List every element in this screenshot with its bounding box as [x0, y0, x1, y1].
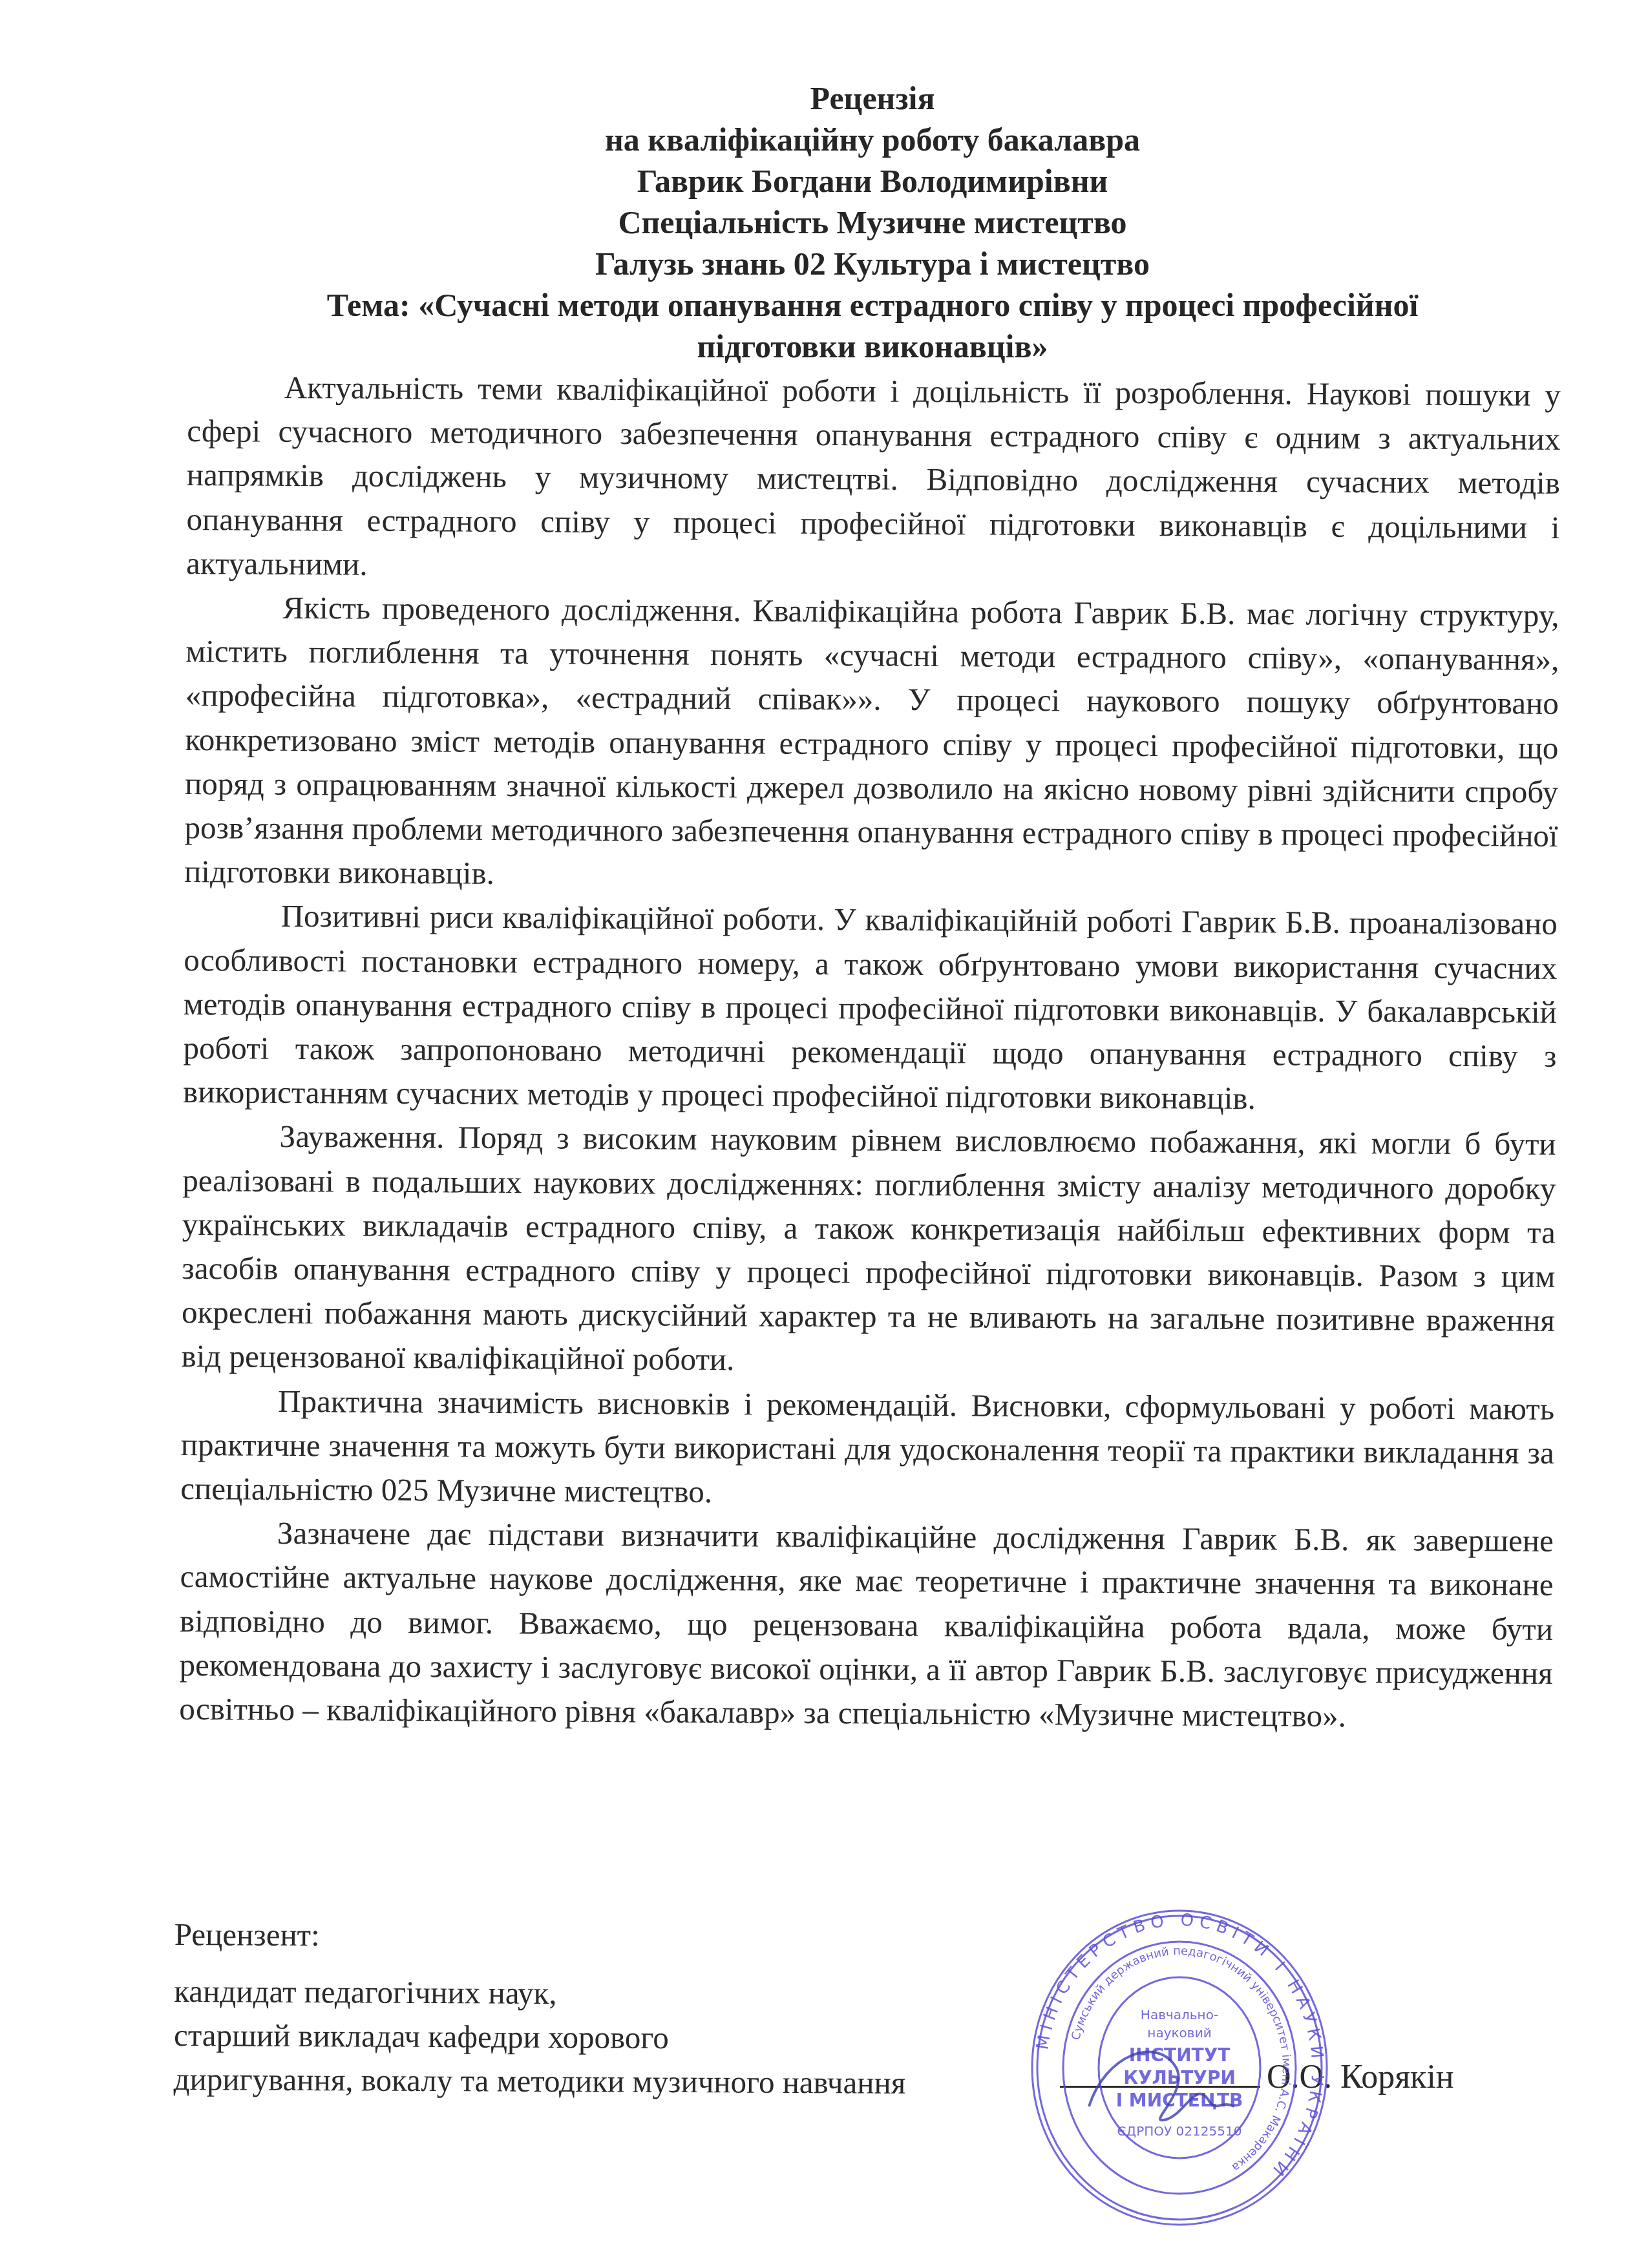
title-line-subject: на кваліфікаційну роботу бакалавра: [187, 119, 1558, 160]
title-line-field: Галузь знань 02 Культура і мистецтво: [187, 243, 1558, 284]
title-line-topic-cont: підготовки виконавців»: [187, 326, 1558, 367]
title-line-topic: Тема: «Сучасні методи опанування естрадн…: [187, 284, 1558, 326]
paragraph-conclusion: Зазначене дає підстави визначити кваліфі…: [179, 1511, 1554, 1739]
paragraph-quality: Якість проведеного дослідження. Кваліфік…: [184, 585, 1559, 902]
svg-text:ЄДРПОУ 02125510: ЄДРПОУ 02125510: [1117, 2123, 1242, 2139]
stamp-seal-icon: МІНІСТЕРСТВО ОСВІТИ І НАУКИ УКРАЇНИ Сумс…: [1028, 1906, 1331, 2229]
svg-text:ІНСТИТУТ: ІНСТИТУТ: [1129, 2044, 1231, 2066]
svg-text:І МИСТЕЦТВ: І МИСТЕЦТВ: [1116, 2090, 1243, 2111]
official-stamp: МІНІСТЕРСТВО ОСВІТИ І НАУКИ УКРАЇНИ Сумс…: [1028, 1906, 1331, 2229]
paragraph-positive: Позитивні риси кваліфікаційної роботи. У…: [183, 894, 1558, 1122]
svg-text:науковий: науковий: [1147, 2025, 1211, 2041]
paragraph-practical: Практична значимість висновків і рекомен…: [180, 1379, 1554, 1520]
title-line-specialty: Спеціальність Музичне мистецтво: [187, 202, 1558, 243]
document-page: Рецензія на кваліфікаційну роботу бакала…: [0, 0, 1648, 2268]
review-body: Актуальність теми кваліфікаційної роботи…: [179, 365, 1561, 1739]
title-line-review: Рецензія: [187, 78, 1558, 119]
document-title-block: Рецензія на кваліфікаційну роботу бакала…: [187, 78, 1558, 367]
title-line-student-name: Гаврик Богдани Володимирівни: [187, 160, 1558, 202]
paragraph-relevance: Актуальність теми кваліфікаційної роботи…: [186, 365, 1561, 594]
paragraph-remarks: Зауваження. Поряд з високим науковим рів…: [181, 1114, 1556, 1387]
svg-text:Навчально-: Навчально-: [1141, 2007, 1218, 2022]
